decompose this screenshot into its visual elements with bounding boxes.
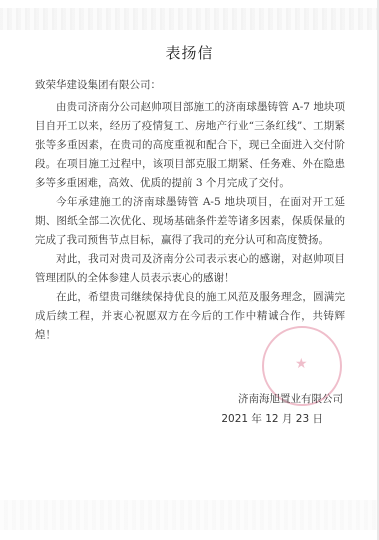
star-icon: ★ — [295, 356, 308, 372]
letter-body: 由贵司济南分公司赵帅项目部施工的济南球墨铸管 A-7 地块项目自开工以来，经历了… — [35, 98, 345, 345]
letter-title: 表扬信 — [0, 42, 379, 63]
paragraph-3: 对此，我司对贵司及济南分公司表示衷心的感谢，对赵帅项目管理团队的全体参建人员表示… — [35, 250, 345, 288]
signature-company: 济南海旭置业有限公司 — [238, 391, 343, 406]
letter-salutation: 致荣华建设集团有限公司： — [35, 77, 161, 92]
paragraph-1: 由贵司济南分公司赵帅项目部施工的济南球墨铸管 A-7 地块项目自开工以来，经历了… — [35, 98, 345, 193]
letter-date: 2021 年 12 月 23 日 — [221, 411, 323, 426]
scan-artifact-band-top — [0, 8, 379, 30]
paragraph-2: 今年承建施工的济南球墨铸管 A-5 地块项目，在面对开工延期、图纸全部二次优化、… — [35, 193, 345, 250]
scanned-letter-page: 表扬信 致荣华建设集团有限公司： 由贵司济南分公司赵帅项目部施工的济南球墨铸管 … — [0, 0, 379, 540]
scan-artifact-band-bottom — [0, 500, 379, 530]
